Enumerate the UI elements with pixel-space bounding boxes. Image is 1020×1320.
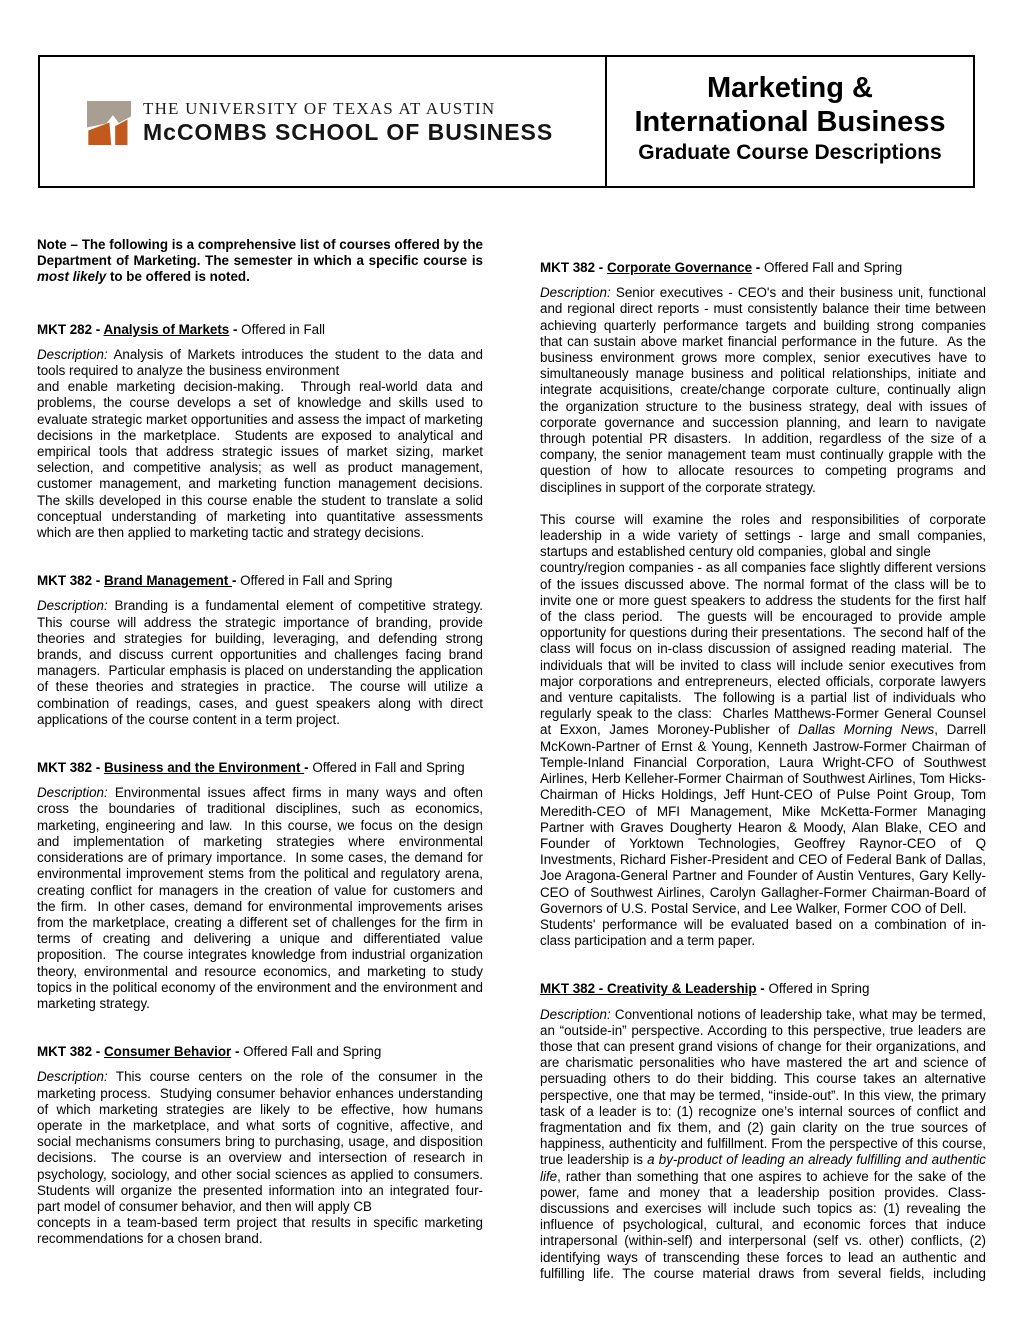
course-description: Description: Conventional notions of lea…: [540, 1007, 986, 1282]
course-code: MKT 382 -: [37, 573, 104, 588]
course-title: MKT 382 - Creativity & Leadership: [540, 981, 757, 996]
note-paragraph: Note – The following is a comprehensive …: [37, 237, 483, 286]
description-label: Description:: [37, 785, 108, 800]
course-title: Corporate Governance: [607, 260, 752, 275]
course-description: Description: Senior executives - CEO's a…: [540, 285, 986, 496]
course-title: Brand Management: [104, 573, 232, 588]
description-label: Description:: [540, 285, 611, 300]
course-heading: MKT 382 - Brand Management - Offered in …: [37, 573, 483, 589]
course-section-creativity-leadership: MKT 382 - Creativity & Leadership - Offe…: [540, 981, 986, 1282]
course-description: Description: This course centers on the …: [37, 1069, 483, 1247]
note-lead: Note – The following is a comprehensive …: [37, 237, 483, 268]
course-heading: MKT 382 - Business and the Environment -…: [37, 760, 483, 776]
document-page: THE UNIVERSITY OF TEXAS AT AUSTIN McCOMB…: [0, 0, 1020, 1320]
heading-separator: -: [757, 981, 769, 996]
description-text: Environmental issues affect firms in man…: [37, 785, 487, 1011]
course-offered: Offered in Spring: [768, 981, 869, 996]
course-title: Analysis of Markets: [103, 322, 229, 337]
description-text: Senior executives - CEO's and their busi…: [540, 285, 990, 494]
university-name: THE UNIVERSITY OF TEXAS AT AUSTIN: [143, 99, 553, 119]
course-title: Business and the Environment: [104, 760, 304, 775]
description-text: This course centers on the role of the c…: [37, 1069, 490, 1246]
heading-separator: -: [232, 573, 240, 588]
description-label: Description:: [37, 347, 108, 362]
course-section-analysis-of-markets: MKT 282 - Analysis of Markets - Offered …: [37, 322, 483, 542]
description-italic-phrase: Dallas Morning News: [798, 722, 934, 737]
course-heading: MKT 282 - Analysis of Markets - Offered …: [37, 322, 483, 338]
logo-orange-bar: [115, 119, 127, 145]
course-offered: Offered in Fall: [241, 322, 325, 337]
course-offered: Offered Fall and Spring: [243, 1044, 381, 1059]
course-title: Consumer Behavior: [104, 1044, 231, 1059]
description-text: Analysis of Markets introduces the stude…: [37, 347, 487, 540]
document-title-block: Marketing & International Business Gradu…: [607, 57, 973, 186]
description-label: Description:: [540, 1007, 611, 1022]
mccombs-logo-icon: [87, 101, 131, 145]
description-text: , Darrell McKown-Partner of Ernst & Youn…: [540, 722, 990, 948]
course-offered: Offered in Fall and Spring: [312, 760, 464, 775]
document-header: THE UNIVERSITY OF TEXAS AT AUSTIN McCOMB…: [38, 55, 975, 188]
course-section-business-and-environment: MKT 382 - Business and the Environment -…: [37, 760, 483, 1012]
course-description: Description: Environmental issues affect…: [37, 785, 483, 1012]
page-title-line2: International Business: [607, 105, 973, 139]
page-subtitle: Graduate Course Descriptions: [607, 139, 973, 166]
heading-separator: -: [752, 260, 764, 275]
course-heading: MKT 382 - Corporate Governance - Offered…: [540, 260, 986, 276]
heading-separator: -: [229, 322, 241, 337]
note-emphasis: most likely: [37, 269, 106, 284]
description-text: , rather than something that one aspires…: [540, 1169, 990, 1281]
course-description: Description: Branding is a fundamental e…: [37, 598, 483, 728]
course-code: MKT 382 -: [540, 260, 607, 275]
left-column: Note – The following is a comprehensive …: [37, 237, 483, 1248]
description-text: Conventional notions of leadership take,…: [540, 1007, 990, 1168]
school-name: McCOMBS SCHOOL OF BUSINESS: [143, 119, 553, 145]
description-text: Branding is a fundamental element of com…: [37, 598, 487, 726]
note-tail: to be offered is noted.: [106, 269, 250, 284]
course-offered: Offered in Fall and Spring: [240, 573, 392, 588]
course-code: MKT 382 -: [37, 1044, 104, 1059]
logo-block: THE UNIVERSITY OF TEXAS AT AUSTIN McCOMB…: [40, 57, 607, 186]
course-description: Description: Analysis of Markets introdu…: [37, 347, 483, 541]
course-offered: Offered Fall and Spring: [764, 260, 902, 275]
course-heading: MKT 382 - Creativity & Leadership - Offe…: [540, 981, 986, 997]
right-column: MKT 382 - Corporate Governance - Offered…: [540, 228, 986, 1282]
description-label: Description:: [37, 1069, 108, 1084]
course-section-brand-management: MKT 382 - Brand Management - Offered in …: [37, 573, 483, 728]
course-code: MKT 282 -: [37, 322, 103, 337]
course-description-continued: This course will examine the roles and r…: [540, 512, 986, 949]
page-title-line1: Marketing &: [607, 71, 973, 105]
course-section-corporate-governance: MKT 382 - Corporate Governance - Offered…: [540, 260, 986, 949]
description-text: This course will examine the roles and r…: [540, 512, 990, 738]
heading-separator: -: [231, 1044, 243, 1059]
logo-text-block: THE UNIVERSITY OF TEXAS AT AUSTIN McCOMB…: [143, 99, 553, 145]
description-label: Description:: [37, 598, 108, 613]
course-heading: MKT 382 - Consumer Behavior - Offered Fa…: [37, 1044, 483, 1060]
course-section-consumer-behavior: MKT 382 - Consumer Behavior - Offered Fa…: [37, 1044, 483, 1247]
course-code: MKT 382 -: [37, 760, 104, 775]
